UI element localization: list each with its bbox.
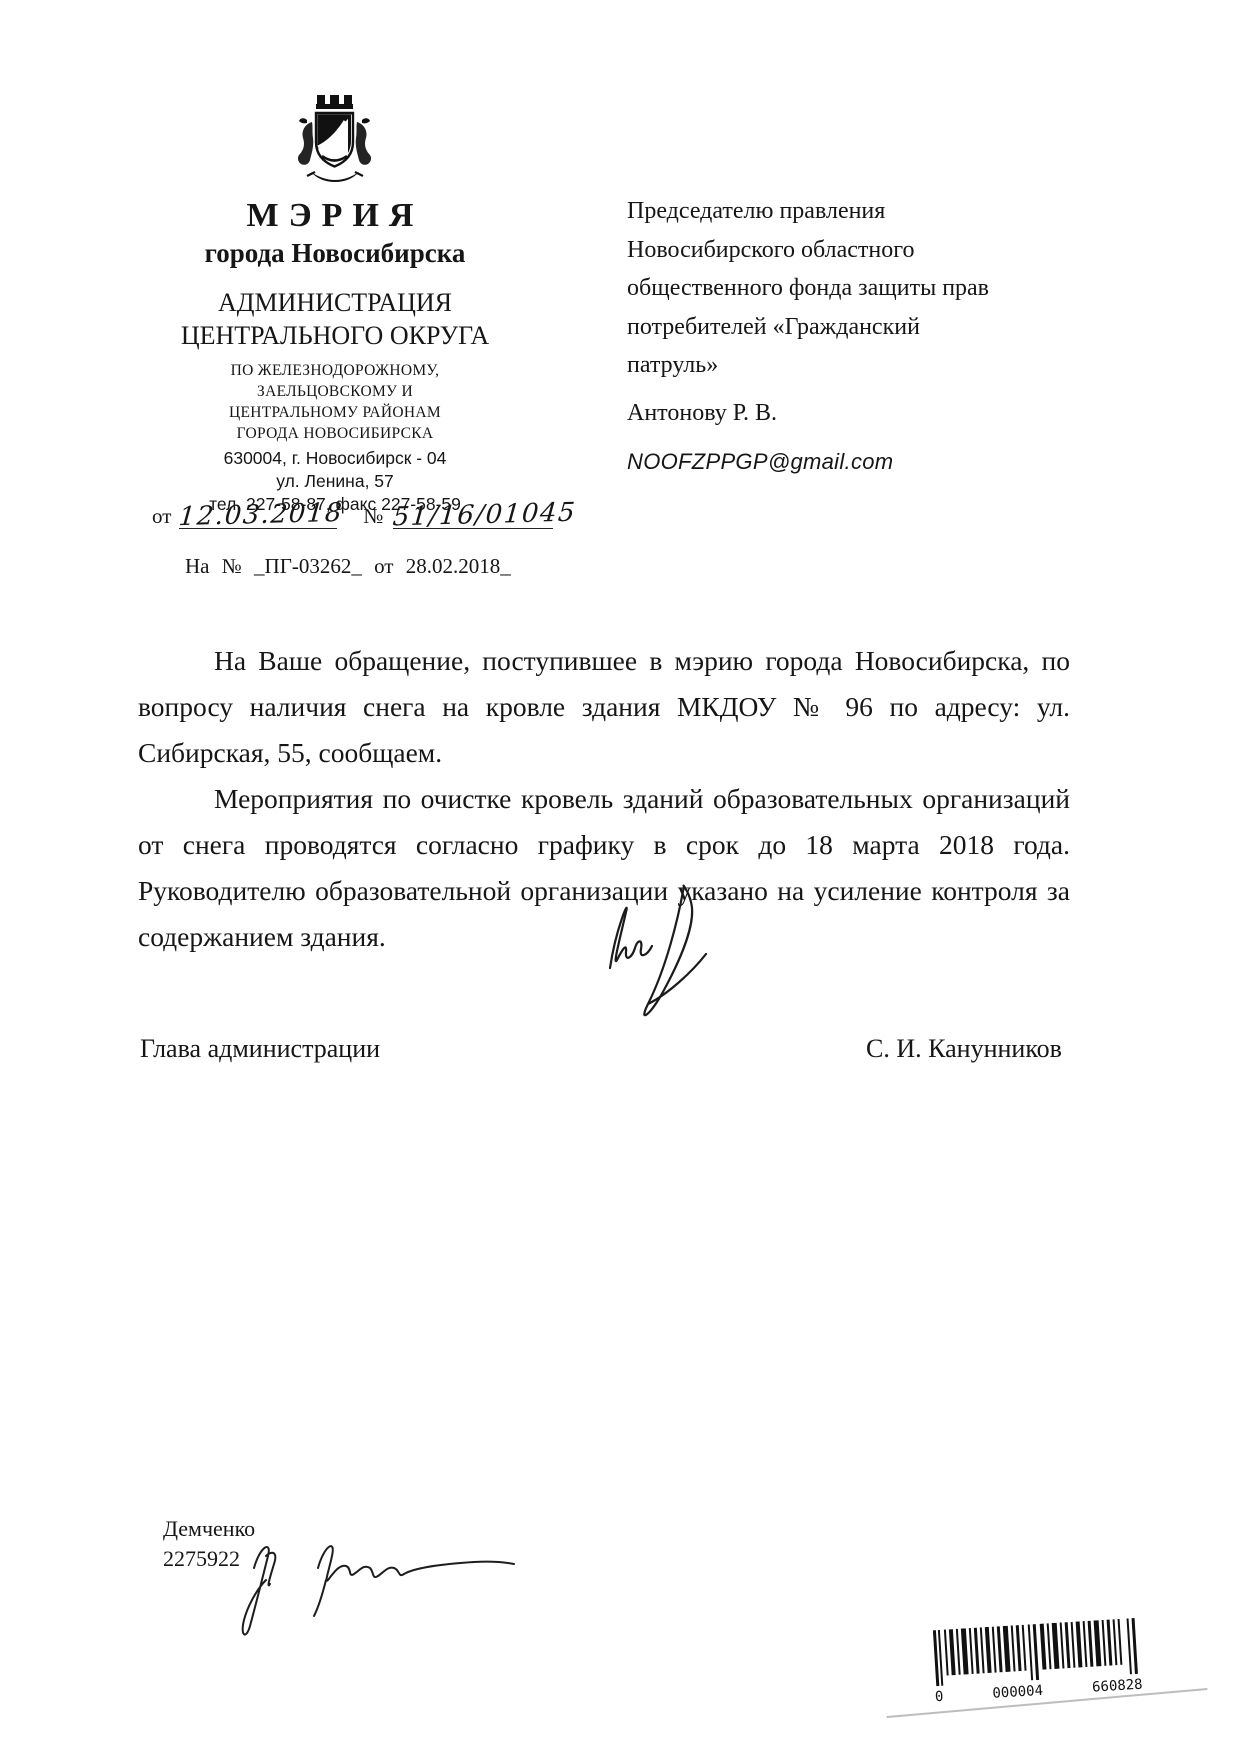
barcode-digit-group: 000004 <box>992 1683 1043 1702</box>
dept-line-1: АДМИНИСТРАЦИЯ <box>150 286 520 319</box>
recipient-name: Антонову Р. В. <box>627 394 1077 433</box>
recipient-line: Председателю правления <box>627 192 1077 231</box>
reply-to-line: На № _ПГ-03262_ от 28.02.2018_ <box>185 554 511 579</box>
signer-position: Глава администрации <box>140 1034 380 1064</box>
district-list: ПО ЖЕЛЕЗНОДОРОЖНОМУ, ЗАЕЛЬЦОВСКОМУ И ЦЕН… <box>150 360 520 444</box>
handwritten-number: 51/16/01045 <box>392 498 578 533</box>
district-line: ЗАЕЛЬЦОВСКОМУ И <box>150 381 520 402</box>
recipient-line: потребителей «Гражданский <box>627 308 1077 347</box>
from-label: от <box>152 504 171 529</box>
registration-barcode: 0 000004 660828 <box>931 1618 1143 1706</box>
executor-signature-scribble-icon <box>222 1520 562 1650</box>
dept-line-2: ЦЕНТРАЛЬНОГО ОКРУГА <box>150 319 520 352</box>
handwritten-date: 12.03.2018 <box>178 498 345 532</box>
district-line: ЦЕНТРАЛЬНОМУ РАЙОНАМ <box>150 402 520 423</box>
letterhead: МЭРИЯ города Новосибирска АДМИНИСТРАЦИЯ … <box>150 92 520 516</box>
org-title-city: города Новосибирска <box>150 236 520 270</box>
org-title-mayoralty: МЭРИЯ <box>150 196 520 236</box>
barcode-digit-group: 0 <box>935 1689 944 1705</box>
recipient-email: NOOFZPPGP@gmail.com <box>627 443 1077 482</box>
district-line: ПО ЖЕЛЕЗНОДОРОЖНОМУ, <box>150 360 520 381</box>
address-line: 630004, г. Новосибирск - 04 <box>150 447 520 470</box>
number-label: № <box>363 504 383 529</box>
body-paragraph-1: На Ваше обращение, поступившее в мэрию г… <box>138 638 1070 776</box>
signer-name: С. И. Канунников <box>866 1034 1062 1064</box>
scanned-letter-page: МЭРИЯ города Новосибирска АДМИНИСТРАЦИЯ … <box>0 0 1240 1754</box>
recipient-line: общественного фонда защиты прав <box>627 269 1077 308</box>
recipient-line: патруль» <box>627 346 1077 385</box>
barcode-digit-group: 660828 <box>1092 1677 1143 1696</box>
address-line: ул. Ленина, 57 <box>150 470 520 493</box>
signature-kanunnikov-icon <box>572 876 742 1036</box>
district-line: ГОРОДА НОВОСИБИРСКА <box>150 423 520 444</box>
coat-of-arms-icon <box>285 92 385 188</box>
outgoing-ref-row: от12.03.2018№51/16/01045 <box>152 498 622 529</box>
barcode-bars-icon <box>931 1618 1142 1687</box>
recipient-line: Новосибирского областного <box>627 231 1077 270</box>
recipient-block: Председателю правления Новосибирского об… <box>627 192 1077 482</box>
